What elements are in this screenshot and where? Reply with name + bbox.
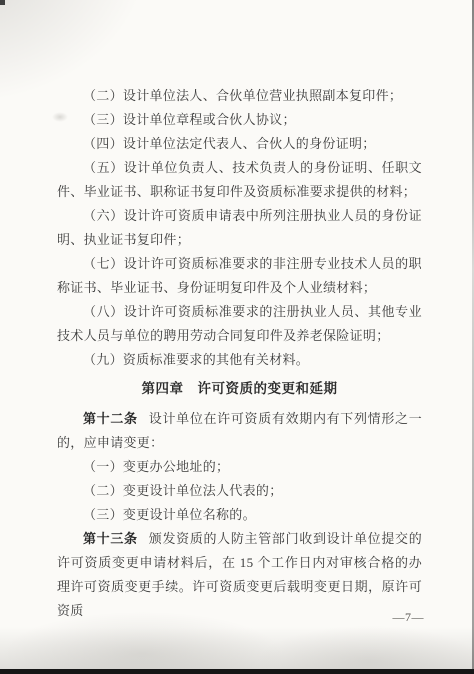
list-item-7: （七）设计许可资质标准要求的非注册专业技术人员的职称证书、毕业证书、身份证明复印… bbox=[57, 252, 422, 300]
article-13-number: 第十三条 bbox=[83, 531, 138, 546]
change-item-2: （二）变更设计单位法人代表的； bbox=[57, 479, 422, 503]
chapter-heading: 第四章 许可资质的变更和延期 bbox=[57, 377, 422, 401]
article-12: 第十二条设计单位在许可资质有效期内有下列情形之一的，应申请变更： bbox=[57, 407, 422, 455]
article-13: 第十三条颁发资质的人防主管部门收到设计单位提交的许可资质变更申请材料后，在 15… bbox=[57, 527, 422, 623]
list-item-5: （五）设计单位负责人、技术负责人的身份证明、任职文件、毕业证书、职称证书复印件及… bbox=[57, 156, 422, 204]
list-item-4: （四）设计单位法定代表人、合伙人的身份证明； bbox=[57, 132, 422, 156]
change-item-1: （一）变更办公地址的； bbox=[57, 455, 422, 479]
list-item-2: （二）设计单位法人、合伙单位营业执照副本复印件； bbox=[57, 84, 422, 108]
page-number: —7— bbox=[393, 609, 425, 625]
change-item-3: （三）变更设计单位名称的。 bbox=[57, 503, 422, 527]
list-item-6: （六）设计许可资质申请表中所列注册执业人员的身份证明、执业证书复印件； bbox=[57, 204, 422, 252]
list-item-8: （八）设计许可资质标准要求的注册执业人员、其他专业技术人员与单位的聘用劳动合同复… bbox=[57, 300, 422, 348]
scan-edge-bottom bbox=[0, 669, 474, 674]
scan-corner-artifact bbox=[0, 0, 5, 5]
article-12-number: 第十二条 bbox=[83, 411, 138, 426]
list-item-3: （三）设计单位章程或合伙人协议； bbox=[57, 108, 422, 132]
document-body: （二）设计单位法人、合伙单位营业执照副本复印件； （三）设计单位章程或合伙人协议… bbox=[57, 84, 422, 623]
list-item-9: （九）资质标准要求的其他有关材料。 bbox=[57, 348, 422, 372]
